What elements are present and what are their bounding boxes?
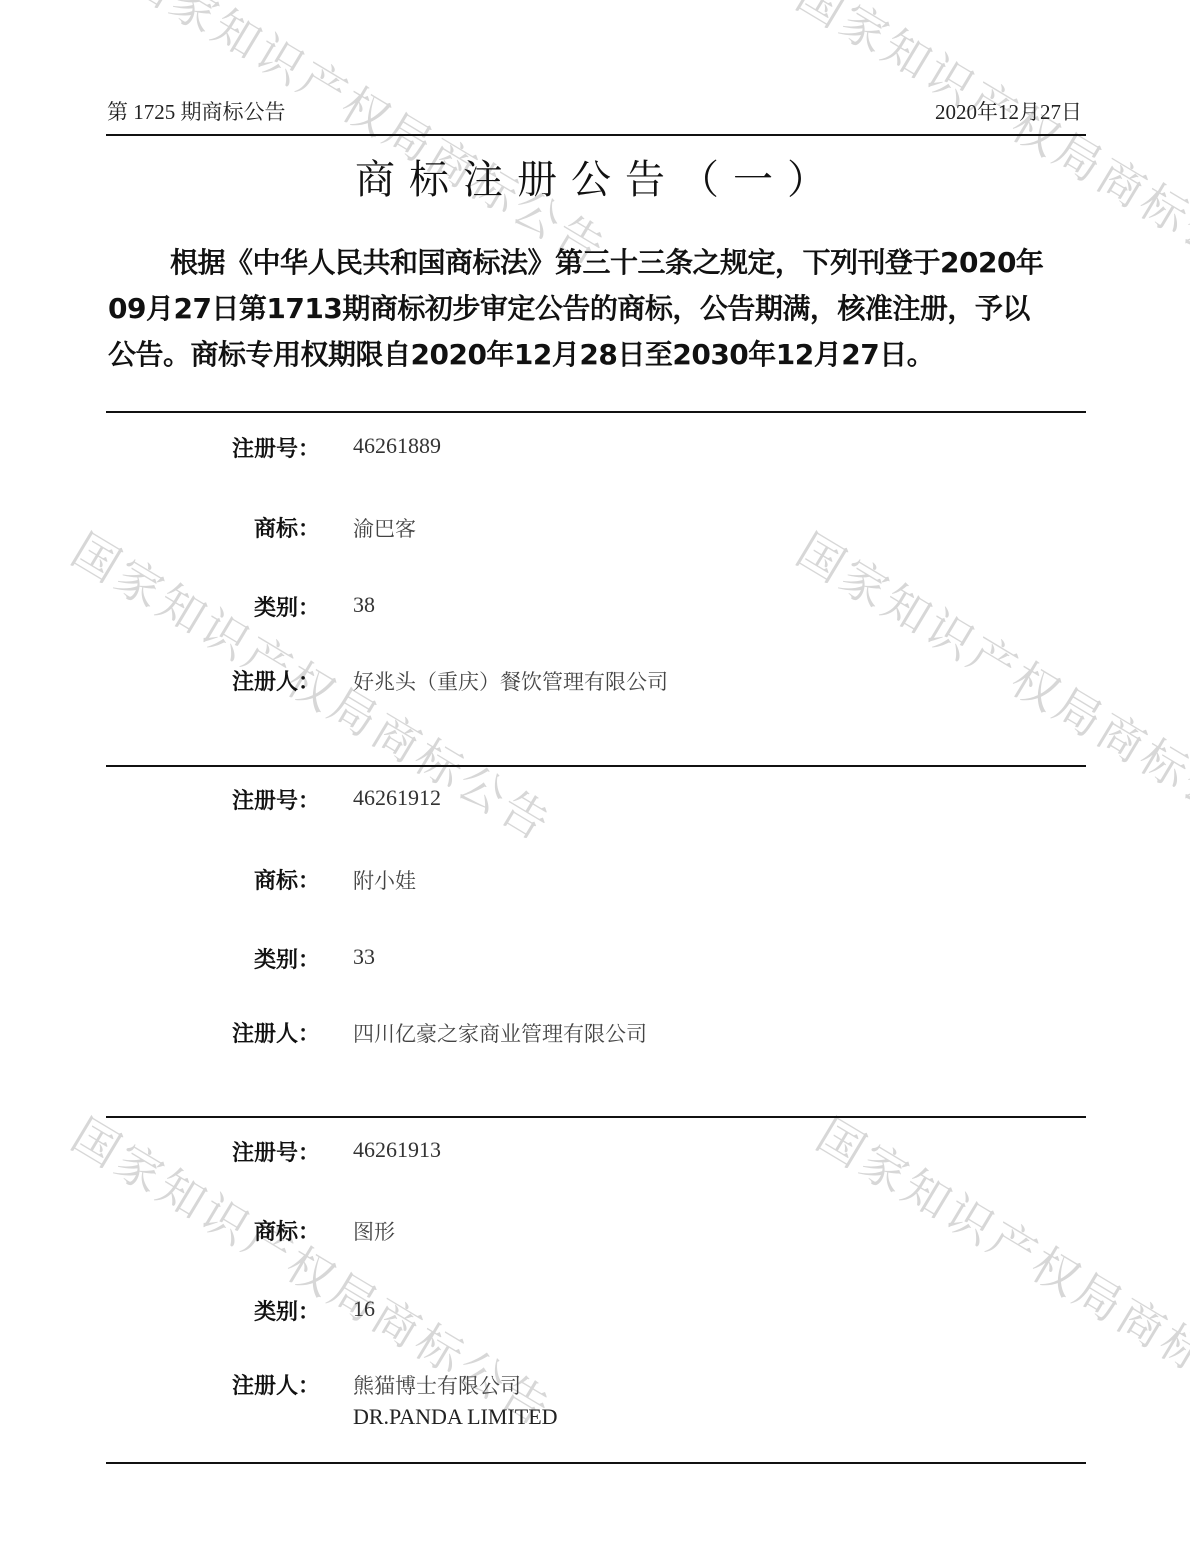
mark-row: 商标： 渝巴客 bbox=[0, 512, 1190, 542]
registrant-value: 四川亿豪之家商业管理有限公司 bbox=[353, 1018, 647, 1048]
registrant-label: 注册人： bbox=[232, 665, 320, 696]
class-label: 类别： bbox=[254, 943, 320, 974]
mark-row: 商标： 图形 bbox=[0, 1215, 1190, 1245]
mark-label: 商标： bbox=[254, 512, 320, 543]
reg-no-label: 注册号： bbox=[232, 784, 320, 815]
intro-line-2: 09月27日第1713期商标初步审定公告的商标，公告期满，核准注册，予以 bbox=[108, 286, 1088, 332]
class-row: 类别： 16 bbox=[0, 1295, 1190, 1325]
issue-date: 2020年12月27日 bbox=[935, 96, 1082, 126]
entry-divider bbox=[106, 765, 1086, 767]
registrant-name-en: DR.PANDA LIMITED bbox=[353, 1404, 558, 1430]
entry-divider bbox=[106, 1116, 1086, 1118]
registrant-row: 注册人： 四川亿豪之家商业管理有限公司 bbox=[0, 1017, 1190, 1047]
reg-no-label: 注册号： bbox=[232, 1136, 320, 1167]
intro-line-3: 公告。商标专用权期限自2020年12月28日至2030年12月27日。 bbox=[108, 332, 1088, 378]
registrant-row: 注册人： 熊猫博士有限公司 DR.PANDA LIMITED bbox=[0, 1369, 1190, 1399]
mark-label: 商标： bbox=[254, 1215, 320, 1246]
intro-paragraph: 根据《中华人民共和国商标法》第三十三条之规定，下列刊登于2020年 09月27日… bbox=[108, 240, 1088, 378]
mark-value: 图形 bbox=[353, 1216, 395, 1246]
entry-divider bbox=[106, 411, 1086, 413]
reg-no-value: 46261912 bbox=[353, 785, 441, 811]
registrant-value: 熊猫博士有限公司 DR.PANDA LIMITED bbox=[353, 1370, 558, 1430]
class-value: 16 bbox=[353, 1296, 375, 1322]
class-value: 38 bbox=[353, 592, 375, 618]
header-divider bbox=[106, 134, 1086, 136]
mark-row: 商标： 附小娃 bbox=[0, 864, 1190, 894]
registrant-row: 注册人： 好兆头（重庆）餐饮管理有限公司 bbox=[0, 665, 1190, 695]
watermark: 国家知识产权局商标公告 bbox=[116, 0, 621, 280]
registrant-value: 好兆头（重庆）餐饮管理有限公司 bbox=[353, 666, 668, 696]
reg-no-row: 注册号： 46261912 bbox=[0, 784, 1190, 814]
reg-no-value: 46261913 bbox=[353, 1137, 441, 1163]
class-row: 类别： 38 bbox=[0, 591, 1190, 621]
registrant-label: 注册人： bbox=[232, 1369, 320, 1400]
mark-value: 附小娃 bbox=[353, 865, 416, 895]
issue-number: 第 1725 期商标公告 bbox=[107, 96, 286, 126]
registrant-label: 注册人： bbox=[232, 1017, 320, 1048]
class-label: 类别： bbox=[254, 591, 320, 622]
footer-divider bbox=[106, 1462, 1086, 1464]
reg-no-value: 46261889 bbox=[353, 433, 441, 459]
mark-value: 渝巴客 bbox=[353, 513, 416, 543]
mark-label: 商标： bbox=[254, 864, 320, 895]
intro-line-1: 根据《中华人民共和国商标法》第三十三条之规定，下列刊登于2020年 bbox=[108, 240, 1088, 286]
document-page: 国家知识产权局商标公告 国家知识产权局商标公告 国家知识产权局商标公告 国家知识… bbox=[0, 0, 1190, 1564]
reg-no-row: 注册号： 46261913 bbox=[0, 1136, 1190, 1166]
page-title: 商标注册公告（一） bbox=[0, 148, 1190, 205]
class-value: 33 bbox=[353, 944, 375, 970]
reg-no-row: 注册号： 46261889 bbox=[0, 432, 1190, 462]
class-label: 类别： bbox=[254, 1295, 320, 1326]
class-row: 类别： 33 bbox=[0, 943, 1190, 973]
registrant-name-cn: 熊猫博士有限公司 bbox=[353, 1374, 521, 1398]
reg-no-label: 注册号： bbox=[232, 432, 320, 463]
